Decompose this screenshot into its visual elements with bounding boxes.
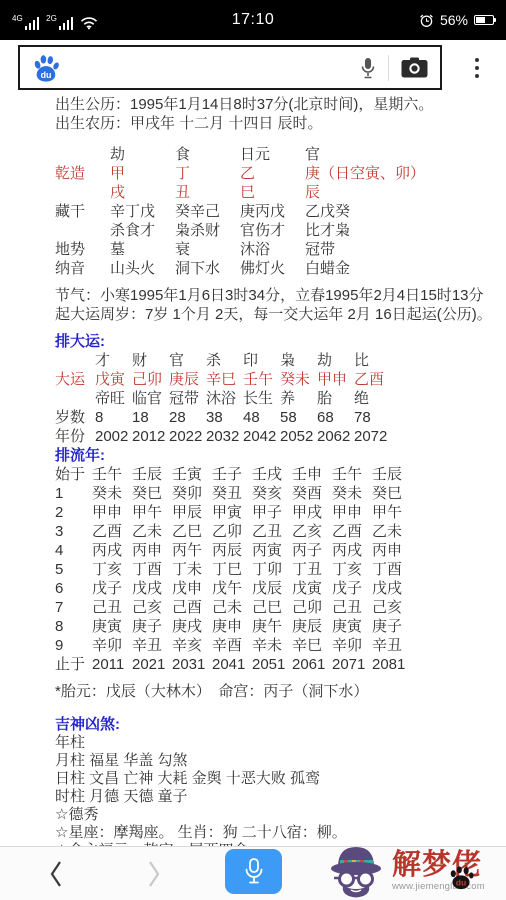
birth-gregorian-line: 出生公历：1995年1月14日8时37分(北京时间)，星期六。 <box>55 95 506 114</box>
table-row: 5丁亥丁酉丁未丁巳丁卯丁丑丁亥丁酉 <box>55 560 412 579</box>
row-label: 大运 <box>55 370 95 389</box>
row-label: 止于 <box>55 655 92 674</box>
table-cell: 己卯 <box>292 598 332 617</box>
table-cell: 丁丑 <box>292 560 332 579</box>
table-row: 1癸未癸巳癸卯癸丑癸亥癸酉癸未癸巳 <box>55 484 412 503</box>
table-cell: 癸辛己 <box>175 202 240 221</box>
table-cell: 乙未 <box>132 522 172 541</box>
table-cell: 辛未 <box>252 636 292 655</box>
table-cell: 丙辰 <box>212 541 252 560</box>
table-row: 8庚寅庚子庚戌庚申庚午庚辰庚寅庚子 <box>55 617 412 636</box>
table-row: 劫食日元官 <box>55 145 425 164</box>
table-cell: 山头火 <box>110 259 175 278</box>
table-cell: 2042 <box>243 427 280 446</box>
table-cell: 沐浴 <box>206 389 243 408</box>
table-cell: 己未 <box>212 598 252 617</box>
table-cell: 2031 <box>172 655 212 674</box>
dayun-table: 才财官杀印枭劫比大运戊寅己卯庚辰辛巳壬午癸未甲申乙酉帝旺临官冠带沐浴长生养胎绝岁… <box>55 351 391 446</box>
watermark-paw-icon: du <box>448 866 474 890</box>
table-row: 岁数818283848586878 <box>55 408 391 427</box>
table-row: 纳音山头火洞下水佛灯火白蜡金 <box>55 259 425 278</box>
table-cell: 2011 <box>92 655 132 674</box>
table-cell: 己亥 <box>372 598 412 617</box>
table-cell: 戊寅 <box>292 579 332 598</box>
table-cell: 己卯 <box>132 370 169 389</box>
table-cell: 财 <box>132 351 169 370</box>
table-cell: 壬寅 <box>172 465 212 484</box>
status-right-group: 56% <box>419 12 494 28</box>
table-cell: 丙子 <box>292 541 332 560</box>
table-cell: 乙卯 <box>212 522 252 541</box>
table-cell: 壬戌 <box>252 465 292 484</box>
table-cell: 戊子 <box>92 579 132 598</box>
table-cell: 辛卯 <box>92 636 132 655</box>
row-label: 5 <box>55 560 92 579</box>
status-bar: 4G 2G 17:10 56% <box>0 0 506 40</box>
table-cell: 辛酉 <box>212 636 252 655</box>
table-cell: 庚寅 <box>332 617 372 636</box>
table-cell: 己丑 <box>92 598 132 617</box>
table-cell: 帝旺 <box>95 389 132 408</box>
table-cell: 戊午 <box>212 579 252 598</box>
row-label: 7 <box>55 598 92 617</box>
bazi-pillars-table: 劫食日元官乾造甲丁乙庚（日空寅、卯）戌丑巳辰藏干辛丁戊癸辛己庚丙戊乙戊癸杀食才枭… <box>55 145 425 278</box>
table-cell: 临官 <box>132 389 169 408</box>
table-cell: 巳 <box>240 183 305 202</box>
table-cell: 8 <box>95 408 132 427</box>
table-cell: 癸未 <box>92 484 132 503</box>
jishen-line-year: 年柱 <box>55 734 506 752</box>
table-cell: 2081 <box>372 655 412 674</box>
table-cell: 印 <box>243 351 280 370</box>
table-cell: 庚（日空寅、卯） <box>305 164 425 183</box>
table-row: 始于壬午壬辰壬寅壬子壬戌壬申壬午壬辰 <box>55 465 412 484</box>
table-cell: 乙亥 <box>292 522 332 541</box>
table-cell: 绝 <box>354 389 391 408</box>
jishen-title: 吉神凶煞: <box>55 715 506 734</box>
table-cell: 甲子 <box>252 503 292 522</box>
svg-text:du: du <box>456 877 466 887</box>
row-label: 8 <box>55 617 92 636</box>
table-cell: 癸丑 <box>212 484 252 503</box>
row-label <box>55 389 95 408</box>
table-cell: 白蜡金 <box>305 259 425 278</box>
jishen-line-month: 月柱 福星 华盖 勾煞 <box>55 752 506 770</box>
table-cell: 2052 <box>280 427 317 446</box>
search-divider <box>388 55 389 81</box>
table-cell: 丙戌 <box>332 541 372 560</box>
table-cell: 长生 <box>243 389 280 408</box>
table-cell: 辛巳 <box>206 370 243 389</box>
table-cell: 甲申 <box>332 503 372 522</box>
table-cell: 78 <box>354 408 391 427</box>
table-cell: 丙午 <box>172 541 212 560</box>
table-cell: 2012 <box>132 427 169 446</box>
table-row: 7己丑己亥己酉己未己巳己卯己丑己亥 <box>55 598 412 617</box>
liunian-title: 排流年: <box>55 446 506 465</box>
table-cell: 乙未 <box>372 522 412 541</box>
table-cell: 衰 <box>175 240 240 259</box>
table-cell: 庚寅 <box>92 617 132 636</box>
table-cell: 丁亥 <box>92 560 132 579</box>
table-row: 4丙戌丙申丙午丙辰丙寅丙子丙戌丙申 <box>55 541 412 560</box>
table-cell: 日元 <box>240 145 305 164</box>
table-cell: 辛卯 <box>332 636 372 655</box>
browser-search-row: du <box>0 40 506 95</box>
table-cell: 甲戌 <box>292 503 332 522</box>
table-cell: 乙丑 <box>252 522 292 541</box>
row-label: 乾造 <box>55 164 110 183</box>
table-cell: 官 <box>169 351 206 370</box>
jiemenglao-watermark: 解梦佬 du www.jiemenglao.com <box>330 843 502 899</box>
table-row: 乾造甲丁乙庚（日空寅、卯） <box>55 164 425 183</box>
table-cell: 2032 <box>206 427 243 446</box>
microphone-icon <box>243 857 265 887</box>
chevron-left-icon <box>48 860 64 888</box>
phone-screen: 4G 2G 17:10 56% <box>0 0 506 900</box>
table-cell: 2061 <box>292 655 332 674</box>
table-cell: 食 <box>175 145 240 164</box>
search-input[interactable] <box>68 53 352 83</box>
svg-text:du: du <box>41 69 52 79</box>
table-cell: 杀食才 <box>110 221 175 240</box>
table-cell: 38 <box>206 408 243 427</box>
table-cell: 癸酉 <box>292 484 332 503</box>
table-cell: 壬午 <box>332 465 372 484</box>
table-cell: 癸亥 <box>252 484 292 503</box>
birth-lunar-line: 出生农历：甲戌年 十二月 十四日 辰时。 <box>55 114 506 133</box>
table-cell: 丁酉 <box>132 560 172 579</box>
table-cell: 丙申 <box>372 541 412 560</box>
chevron-right-icon <box>146 860 162 888</box>
table-cell: 甲午 <box>372 503 412 522</box>
table-cell: 庚丙戊 <box>240 202 305 221</box>
row-label: 1 <box>55 484 92 503</box>
table-row: 戌丑巳辰 <box>55 183 425 202</box>
table-cell: 2021 <box>132 655 172 674</box>
table-cell: 癸卯 <box>172 484 212 503</box>
table-row: 地势墓衰沐浴冠带 <box>55 240 425 259</box>
table-cell: 乙酉 <box>332 522 372 541</box>
table-cell: 丙申 <box>132 541 172 560</box>
table-row: 止于20112021203120412051206120712081 <box>55 655 412 674</box>
table-cell: 壬午 <box>92 465 132 484</box>
table-cell: 壬午 <box>243 370 280 389</box>
row-label: 3 <box>55 522 92 541</box>
table-cell: 辛丁戊 <box>110 202 175 221</box>
camera-search-icon[interactable] <box>401 57 428 78</box>
row-label: 地势 <box>55 240 110 259</box>
table-cell: 戌 <box>110 183 175 202</box>
table-cell: 壬辰 <box>372 465 412 484</box>
table-cell: 癸未 <box>280 370 317 389</box>
table-cell: 癸未 <box>332 484 372 503</box>
table-cell: 2051 <box>252 655 292 674</box>
table-cell: 丙戌 <box>92 541 132 560</box>
table-row: 杀食才枭杀财官伤才比才枭 <box>55 221 425 240</box>
page-content: 出生公历：1995年1月14日8时37分(北京时间)，星期六。 出生农历：甲戌年… <box>0 95 506 846</box>
table-cell: 乙酉 <box>92 522 132 541</box>
table-cell: 杀 <box>206 351 243 370</box>
watermark-text-block: 解梦佬 du www.jiemenglao.com <box>392 850 485 892</box>
table-row: 2甲申甲午甲辰甲寅甲子甲戌甲申甲午 <box>55 503 412 522</box>
table-cell: 丁卯 <box>252 560 292 579</box>
table-cell: 乙 <box>240 164 305 183</box>
qidayun-line: 起大运周岁：7岁 1个月 2天，每一交大运年 2月 16日起运(公历)。 <box>55 305 506 324</box>
table-cell: 乙巳 <box>172 522 212 541</box>
baidu-logo-icon: du <box>32 53 60 83</box>
table-cell: 28 <box>169 408 206 427</box>
table-cell: 2071 <box>332 655 372 674</box>
table-cell: 乙戊癸 <box>305 202 425 221</box>
table-cell: 甲午 <box>132 503 172 522</box>
table-cell: 才 <box>95 351 132 370</box>
row-label: 岁数 <box>55 408 95 427</box>
table-cell: 庚辰 <box>292 617 332 636</box>
back-button[interactable] <box>44 860 68 888</box>
table-row: 大运戊寅己卯庚辰辛巳壬午癸未甲申乙酉 <box>55 370 391 389</box>
table-cell: 甲申 <box>92 503 132 522</box>
table-cell: 丁巳 <box>212 560 252 579</box>
row-label: 6 <box>55 579 92 598</box>
table-cell: 丁未 <box>172 560 212 579</box>
dayun-title: 排大运: <box>55 332 506 351</box>
table-cell: 2041 <box>212 655 252 674</box>
table-cell: 丙寅 <box>252 541 292 560</box>
table-cell: 辛巳 <box>292 636 332 655</box>
jishen-line-hour: 时柱 月德 天德 童子 <box>55 788 506 806</box>
table-cell: 乙酉 <box>354 370 391 389</box>
jishen-line-xingzuo: ☆星座：摩羯座。 生肖：狗 二十八宿：柳。 <box>55 824 506 842</box>
table-cell: 丁酉 <box>372 560 412 579</box>
table-cell: 庚戌 <box>172 617 212 636</box>
table-cell: 庚午 <box>252 617 292 636</box>
table-cell: 洞下水 <box>175 259 240 278</box>
table-cell: 庚申 <box>212 617 252 636</box>
table-cell: 辛丑 <box>372 636 412 655</box>
row-label <box>55 145 110 164</box>
jishen-line-day: 日柱 文昌 亡神 大耗 金舆 十恶大败 孤鸾 <box>55 770 506 788</box>
table-cell: 戊辰 <box>252 579 292 598</box>
row-label <box>55 351 95 370</box>
table-cell: 戊子 <box>332 579 372 598</box>
watermark-mascot-icon <box>330 844 388 898</box>
table-cell: 枭杀财 <box>175 221 240 240</box>
table-cell: 58 <box>280 408 317 427</box>
table-cell: 壬子 <box>212 465 252 484</box>
row-label: 年份 <box>55 427 95 446</box>
row-label: 2 <box>55 503 92 522</box>
table-cell: 劫 <box>110 145 175 164</box>
table-cell: 戊戌 <box>132 579 172 598</box>
table-row: 9辛卯辛丑辛亥辛酉辛未辛巳辛卯辛丑 <box>55 636 412 655</box>
voice-assistant-button[interactable] <box>225 849 282 894</box>
table-cell: 冠带 <box>305 240 425 259</box>
table-cell: 丁 <box>175 164 240 183</box>
row-label: 纳音 <box>55 259 110 278</box>
table-cell: 18 <box>132 408 169 427</box>
table-cell: 甲寅 <box>212 503 252 522</box>
table-cell: 丑 <box>175 183 240 202</box>
overflow-menu-button[interactable] <box>465 48 489 88</box>
table-cell: 壬申 <box>292 465 332 484</box>
table-cell: 官伤才 <box>240 221 305 240</box>
table-cell: 己酉 <box>172 598 212 617</box>
row-label <box>55 183 110 202</box>
table-cell: 甲 <box>110 164 175 183</box>
taiyuan-line: *胎元：戊辰（大林木） 命宫：丙子（洞下水） <box>55 682 506 701</box>
table-cell: 2062 <box>317 427 354 446</box>
table-cell: 己丑 <box>332 598 372 617</box>
table-cell: 戊申 <box>172 579 212 598</box>
table-cell: 辛丑 <box>132 636 172 655</box>
table-row: 3乙酉乙未乙巳乙卯乙丑乙亥乙酉乙未 <box>55 522 412 541</box>
table-cell: 沐浴 <box>240 240 305 259</box>
table-cell: 劫 <box>317 351 354 370</box>
table-cell: 2072 <box>354 427 391 446</box>
table-cell: 辛亥 <box>172 636 212 655</box>
table-cell: 胎 <box>317 389 354 408</box>
table-cell: 癸巳 <box>132 484 172 503</box>
table-cell: 比才枭 <box>305 221 425 240</box>
voice-search-icon[interactable] <box>360 57 376 79</box>
table-cell: 庚子 <box>132 617 172 636</box>
row-label: 9 <box>55 636 92 655</box>
row-label: 始于 <box>55 465 92 484</box>
table-cell: 甲辰 <box>172 503 212 522</box>
alarm-icon <box>419 13 434 28</box>
table-cell: 庚子 <box>372 617 412 636</box>
table-cell: 丁亥 <box>332 560 372 579</box>
table-cell: 官 <box>305 145 425 164</box>
table-row: 才财官杀印枭劫比 <box>55 351 391 370</box>
table-row: 6戊子戊戌戊申戊午戊辰戊寅戊子戊戌 <box>55 579 412 598</box>
table-cell: 墓 <box>110 240 175 259</box>
battery-percent: 56% <box>440 12 468 28</box>
table-cell: 养 <box>280 389 317 408</box>
table-cell: 冠带 <box>169 389 206 408</box>
table-row: 年份20022012202220322042205220622072 <box>55 427 391 446</box>
table-cell: 68 <box>317 408 354 427</box>
table-row: 藏干辛丁戊癸辛己庚丙戊乙戊癸 <box>55 202 425 221</box>
table-cell: 己巳 <box>252 598 292 617</box>
table-cell: 比 <box>354 351 391 370</box>
table-cell: 壬辰 <box>132 465 172 484</box>
row-label <box>55 221 110 240</box>
search-box[interactable]: du <box>18 45 442 90</box>
jishen-list: 年柱 月柱 福星 华盖 勾煞 日柱 文昌 亡神 大耗 金舆 十恶大败 孤鸾 时柱… <box>55 734 506 860</box>
jishen-line-dexiu: ☆德秀 <box>55 806 506 824</box>
table-cell: 戊寅 <box>95 370 132 389</box>
table-cell: 2022 <box>169 427 206 446</box>
table-cell: 己亥 <box>132 598 172 617</box>
table-cell: 戊戌 <box>372 579 412 598</box>
table-row: 帝旺临官冠带沐浴长生养胎绝 <box>55 389 391 408</box>
table-cell: 48 <box>243 408 280 427</box>
row-label: 4 <box>55 541 92 560</box>
table-cell: 枭 <box>280 351 317 370</box>
row-label: 藏干 <box>55 202 110 221</box>
table-cell: 佛灯火 <box>240 259 305 278</box>
forward-button[interactable] <box>142 860 166 888</box>
battery-icon <box>474 15 494 25</box>
table-cell: 辰 <box>305 183 425 202</box>
table-cell: 庚辰 <box>169 370 206 389</box>
liunian-table: 始于壬午壬辰壬寅壬子壬戌壬申壬午壬辰1癸未癸巳癸卯癸丑癸亥癸酉癸未癸巳2甲申甲午… <box>55 465 412 674</box>
table-cell: 癸巳 <box>372 484 412 503</box>
jieqi-line: 节气：小寒1995年1月6日3时34分，立春1995年2月4日15时13分 <box>55 286 506 305</box>
table-cell: 甲申 <box>317 370 354 389</box>
table-cell: 2002 <box>95 427 132 446</box>
